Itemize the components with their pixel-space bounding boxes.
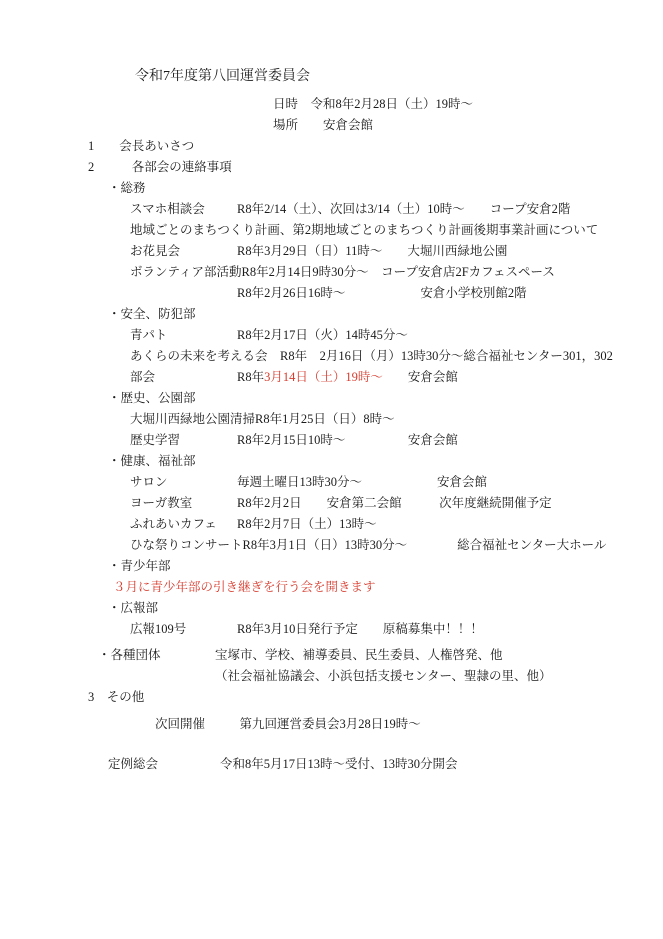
event-label: 大堀川西緑地公園清掃 — [130, 409, 255, 430]
next-meeting-label: 次回開催 — [155, 714, 227, 735]
event-row-salon: サロン毎週土曜日13時30分～ 安倉会館 — [0, 472, 663, 493]
event-label: 広報109号 — [130, 619, 237, 640]
event-label: あくらの未来を考える会 — [130, 349, 268, 363]
event-label: ヨーガ教室 — [130, 493, 237, 514]
event-detail-black: R8年 — [237, 370, 264, 384]
event-detail: R8年2月17日（火）14時45分～ — [237, 328, 408, 342]
event-row-yoga: ヨーガ教室R8年2月2日 安倉第二会館 次年度継続開催予定 — [0, 493, 663, 514]
meta-datetime: 日時 令和8年2月28日（土）19時～ — [0, 94, 663, 115]
event-detail: R8年2月15日10時～ 安倉会館 — [237, 433, 458, 447]
meta-place: 場所 安倉会館 — [0, 115, 663, 136]
event-venue: 安倉会館 — [383, 370, 458, 384]
event-row-bukai: 部会R8年3月14日（土）19時～ 安倉会館 — [0, 367, 663, 388]
event-detail: R8年2月2日 安倉第二会館 次年度継続開催予定 — [237, 496, 552, 510]
section-heading-somu: ・総務 — [0, 178, 663, 199]
event-detail: R8年3月10日発行予定 原稿募集中！！！ — [237, 622, 483, 636]
section-heading-kenko: ・健康、福祉部 — [0, 451, 663, 472]
event-label: スマホ相談会 — [130, 199, 237, 220]
event-detail: R8年2月26日16時～ 安倉小学校別館2階 — [237, 286, 527, 300]
event-detail: R8年2月7日（土）13時～ — [237, 517, 377, 531]
general-assembly-label: 定例総会 — [108, 754, 195, 775]
event-row-hinamatsuri-concert: ひな祭りコンサートR8年3月1日（日）13時30分～ 総合福祉センター大ホール — [0, 535, 663, 556]
general-assembly-detail: 令和8年5月17日13時～受付、13時30分開会 — [195, 757, 458, 771]
event-row-kakusyu-dantai: ・各種団体宝塚市、学校、補導委員、民生委員、人権啓発、他 — [0, 645, 663, 666]
event-row-akura-future: あくらの未来を考える会 R8年 2月16日（月）13時30分～総合福祉センター3… — [0, 346, 663, 367]
event-label: ひな祭りコンサート — [130, 538, 243, 552]
section-heading-anzen: ・安全、防犯部 — [0, 304, 663, 325]
event-detail: R8年3月1日（日）13時30分～ 総合福祉センター大ホール — [243, 538, 607, 552]
section-heading-seishonen: ・青少年部 — [0, 556, 663, 577]
event-detail: R8年3月29日（日）11時～ 大堀川西緑地公園 — [237, 244, 507, 258]
general-assembly-row: 定例総会 令和8年5月17日13時～受付、13時30分開会 — [0, 754, 663, 775]
event-row-park-cleaning: 大堀川西緑地公園清掃R8年1月25日（日）8時～ — [0, 409, 663, 430]
event-label: 部会 — [130, 367, 237, 388]
event-row-machizukuri-plan: 地域ごとのまちつくり計画、第2期地域ごとのまちつくり計画後期事業計画について — [0, 220, 663, 241]
section-heading-koho: ・広報部 — [0, 598, 663, 619]
event-detail: 宝塚市、学校、補導委員、民生委員、人権啓発、他 — [215, 648, 503, 662]
event-label: 青パト — [130, 325, 237, 346]
event-label: お花見会 — [130, 241, 237, 262]
event-label: ・各種団体 — [98, 645, 215, 666]
event-row-smartphone-counsel: スマホ相談会R8年2/14（土）、次回は3/14（土）10時～ コープ安倉2階 — [0, 199, 663, 220]
agenda-item-1: 1 会長あいさつ — [0, 136, 663, 157]
document-title: 令和7年度第八回運営委員会 — [0, 66, 663, 88]
agenda-item-2: 2 各部会の連絡事項 — [0, 157, 663, 178]
highlighted-date-red: 3月14日（土）19時～ — [264, 370, 383, 384]
event-row-volunteer: ボランティア部活動R8年2月14日9時30分～ コープ安倉店2Fカフェスペース — [0, 262, 663, 283]
event-label: ふれあいカフェ — [130, 514, 237, 535]
event-detail: R8年1月25日（日）8時～ — [255, 412, 395, 426]
event-detail: 毎週土曜日13時30分～ 安倉会館 — [237, 475, 487, 489]
document-page: 令和7年度第八回運営委員会 日時 令和8年2月28日（土）19時～ 場所 安倉会… — [0, 0, 663, 939]
event-row-aopato: 青パトR8年2月17日（火）14時45分～ — [0, 325, 663, 346]
next-meeting-detail: 第九回運営委員会3月28日19時～ — [227, 717, 421, 731]
event-label: サロン — [130, 472, 237, 493]
event-detail: R8年2月14日9時30分～ コープ安倉店2Fカフェスペース — [242, 265, 555, 279]
event-detail: R8年 2月16日（月）13時30分～総合福祉センター301，302 — [268, 349, 613, 363]
event-row-volunteer-cont: R8年2月26日16時～ 安倉小学校別館2階 — [0, 283, 663, 304]
agenda-item-3: 3 その他 — [0, 687, 663, 708]
event-label: 歴史学習 — [130, 430, 237, 451]
event-row-history-study: 歴史学習R8年2月15日10時～ 安倉会館 — [0, 430, 663, 451]
event-row-hanami: お花見会R8年3月29日（日）11時～ 大堀川西緑地公園 — [0, 241, 663, 262]
event-row-fureai-cafe: ふれあいカフェR8年2月7日（土）13時～ — [0, 514, 663, 535]
next-meeting-row: 次回開催 第九回運営委員会3月28日19時～ — [0, 714, 663, 735]
seishonen-notice-red: ３月に青少年部の引き継ぎを行う会を開きます — [0, 577, 663, 598]
event-row-koho-109: 広報109号R8年3月10日発行予定 原稿募集中！！！ — [0, 619, 663, 640]
section-heading-rekishi: ・歴史、公園部 — [0, 388, 663, 409]
event-label: ボランティア部活動 — [130, 262, 242, 283]
event-detail: R8年2/14（土）、次回は3/14（土）10時～ コープ安倉2階 — [237, 202, 570, 216]
spacer — [0, 735, 663, 754]
event-row-kakusyu-cont: （社会福祉協議会、小浜包括支援センター、聖隷の里、他） — [0, 666, 663, 687]
